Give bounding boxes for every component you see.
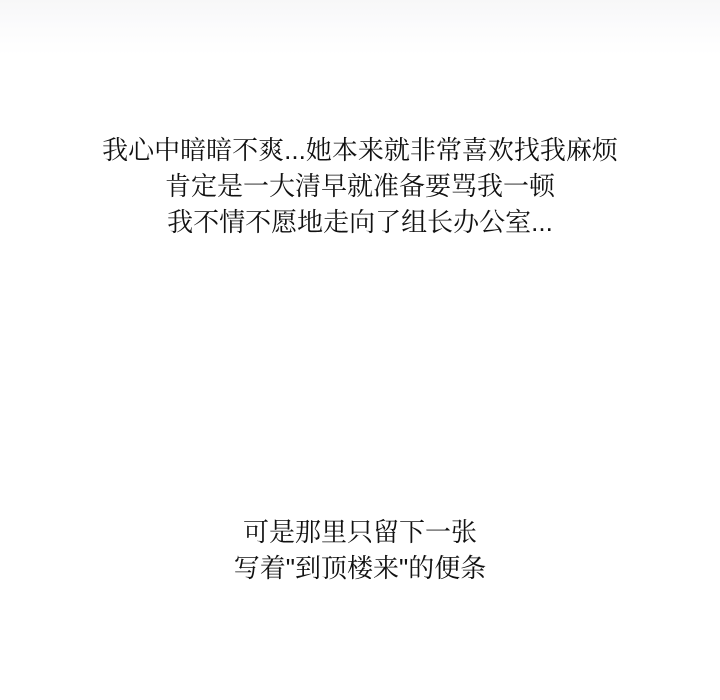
narration-line-1: 我心中暗暗不爽...她本来就非常喜欢找我麻烦 xyxy=(0,132,720,168)
narration-block-bottom: 可是那里只留下一张 写着"到顶楼来"的便条 xyxy=(0,514,720,586)
narration-line-5: 写着"到顶楼来"的便条 xyxy=(0,550,720,586)
narration-block-top: 我心中暗暗不爽...她本来就非常喜欢找我麻烦 肯定是一大清早就准备要骂我一顿 我… xyxy=(0,132,720,240)
narration-line-2: 肯定是一大清早就准备要骂我一顿 xyxy=(0,168,720,204)
narration-line-3: 我不情不愿地走向了组长办公室... xyxy=(0,204,720,240)
narration-line-4: 可是那里只留下一张 xyxy=(0,514,720,550)
webtoon-panel: 我心中暗暗不爽...她本来就非常喜欢找我麻烦 肯定是一大清早就准备要骂我一顿 我… xyxy=(0,0,720,700)
page-top-gradient xyxy=(0,0,720,55)
